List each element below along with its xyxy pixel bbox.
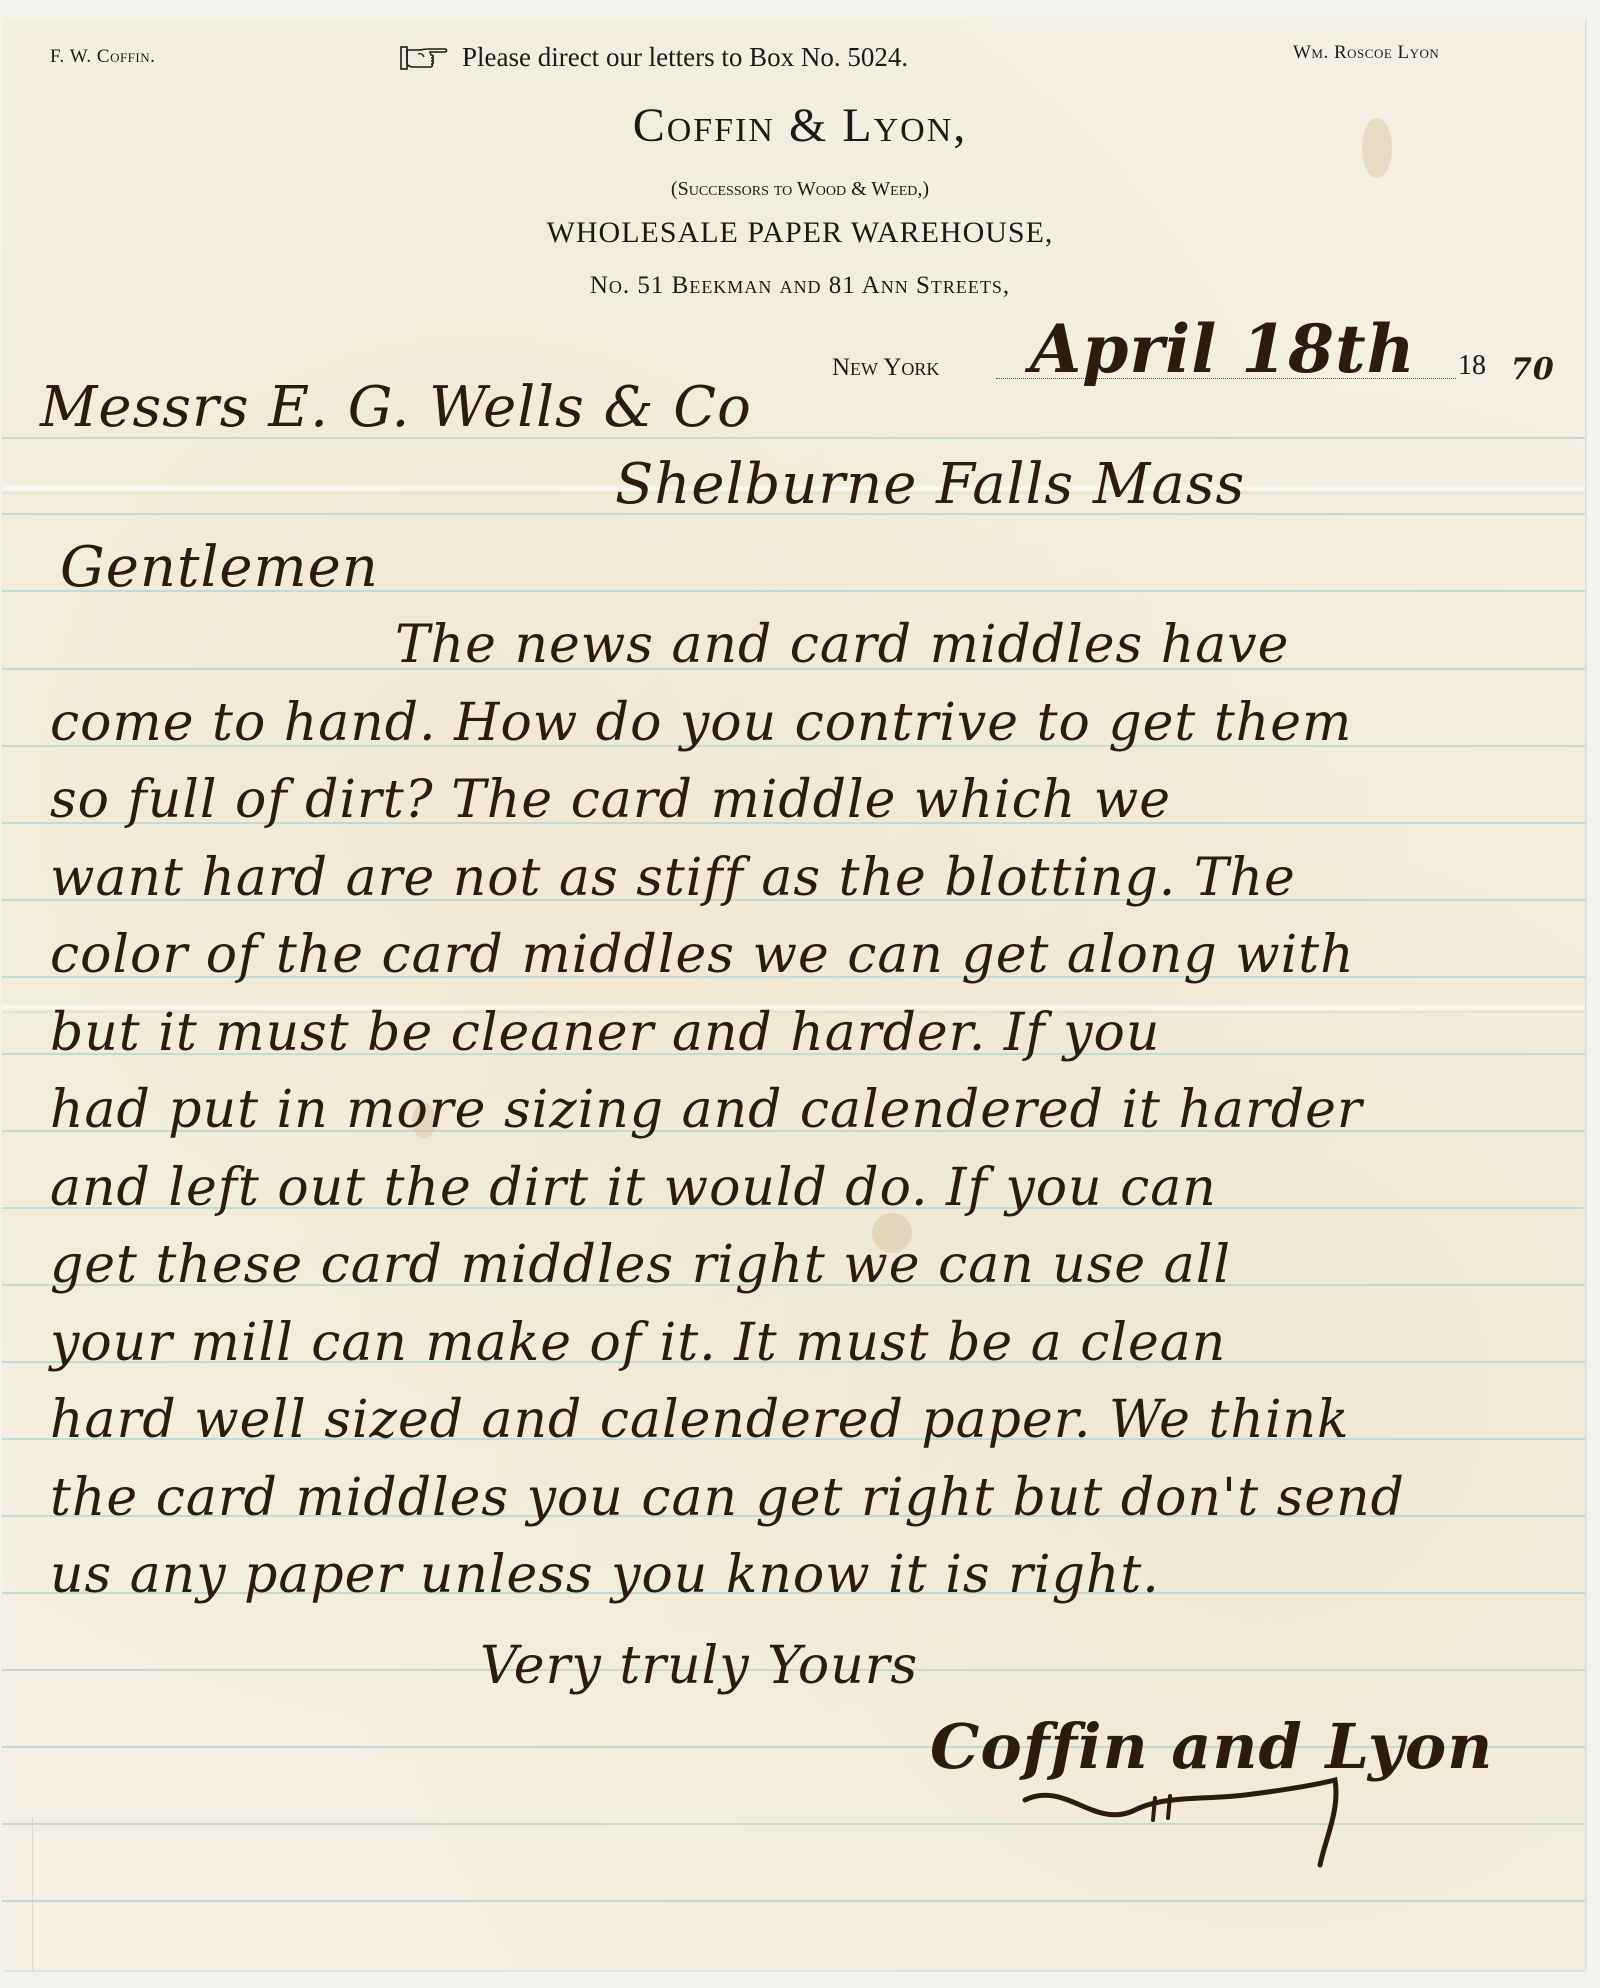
body-line: but it must be cleaner and harder. If yo… bbox=[50, 1003, 1160, 1063]
salutation: Gentlemen bbox=[60, 535, 379, 600]
pointing-hand-icon bbox=[400, 44, 448, 72]
letter-year-suffix: 70 bbox=[1511, 352, 1555, 387]
signature-flourish-icon bbox=[1005, 1770, 1375, 1870]
body-line: get these card middles right we can use … bbox=[50, 1235, 1231, 1295]
closing: Very truly Yours bbox=[480, 1636, 918, 1696]
mailing-notice-text: Please direct our letters to Box No. 502… bbox=[462, 42, 908, 73]
letter-date: April 18th bbox=[1030, 310, 1416, 388]
addressee: Messrs E. G. Wells & Co bbox=[40, 375, 752, 440]
body-line: hard well sized and calendered paper. We… bbox=[50, 1390, 1349, 1450]
body-line: and left out the dirt it would do. If yo… bbox=[50, 1158, 1217, 1218]
body-line: the card middles you can get right but d… bbox=[50, 1468, 1405, 1528]
year-prefix: 18 bbox=[1458, 350, 1486, 382]
street-address: No. 51 Beekman and 81 Ann Streets, bbox=[0, 272, 1600, 300]
partner-name-right: Wm. Roscoe Lyon bbox=[1293, 42, 1439, 64]
ruled-line bbox=[2, 1900, 1585, 1902]
body-line: your mill can make of it. It must be a c… bbox=[50, 1313, 1226, 1373]
mailing-notice: Please direct our letters to Box No. 502… bbox=[400, 42, 908, 73]
body-line: The news and card middles have bbox=[395, 615, 1289, 675]
successors-note: (Successors to Wood & Weed,) bbox=[0, 178, 1600, 201]
body-line: us any paper unless you know it is right… bbox=[50, 1545, 1160, 1605]
body-line: color of the card middles we can get alo… bbox=[50, 925, 1355, 985]
body-line: so full of dirt? The card middle which w… bbox=[50, 770, 1171, 830]
body-line: want hard are not as stiff as the blotti… bbox=[50, 848, 1296, 908]
addressee-location: Shelburne Falls Mass bbox=[615, 452, 1245, 517]
partner-name-left: F. W. Coffin. bbox=[50, 46, 155, 68]
body-line: come to hand. How do you contrive to get… bbox=[50, 693, 1352, 753]
business-type: WHOLESALE PAPER WAREHOUSE, bbox=[0, 216, 1600, 250]
body-line: had put in more sizing and calendered it… bbox=[50, 1080, 1363, 1140]
firm-name: Coffin & Lyon, bbox=[0, 98, 1600, 153]
margin-crease bbox=[32, 1818, 33, 1970]
city-label: New York bbox=[832, 354, 939, 382]
